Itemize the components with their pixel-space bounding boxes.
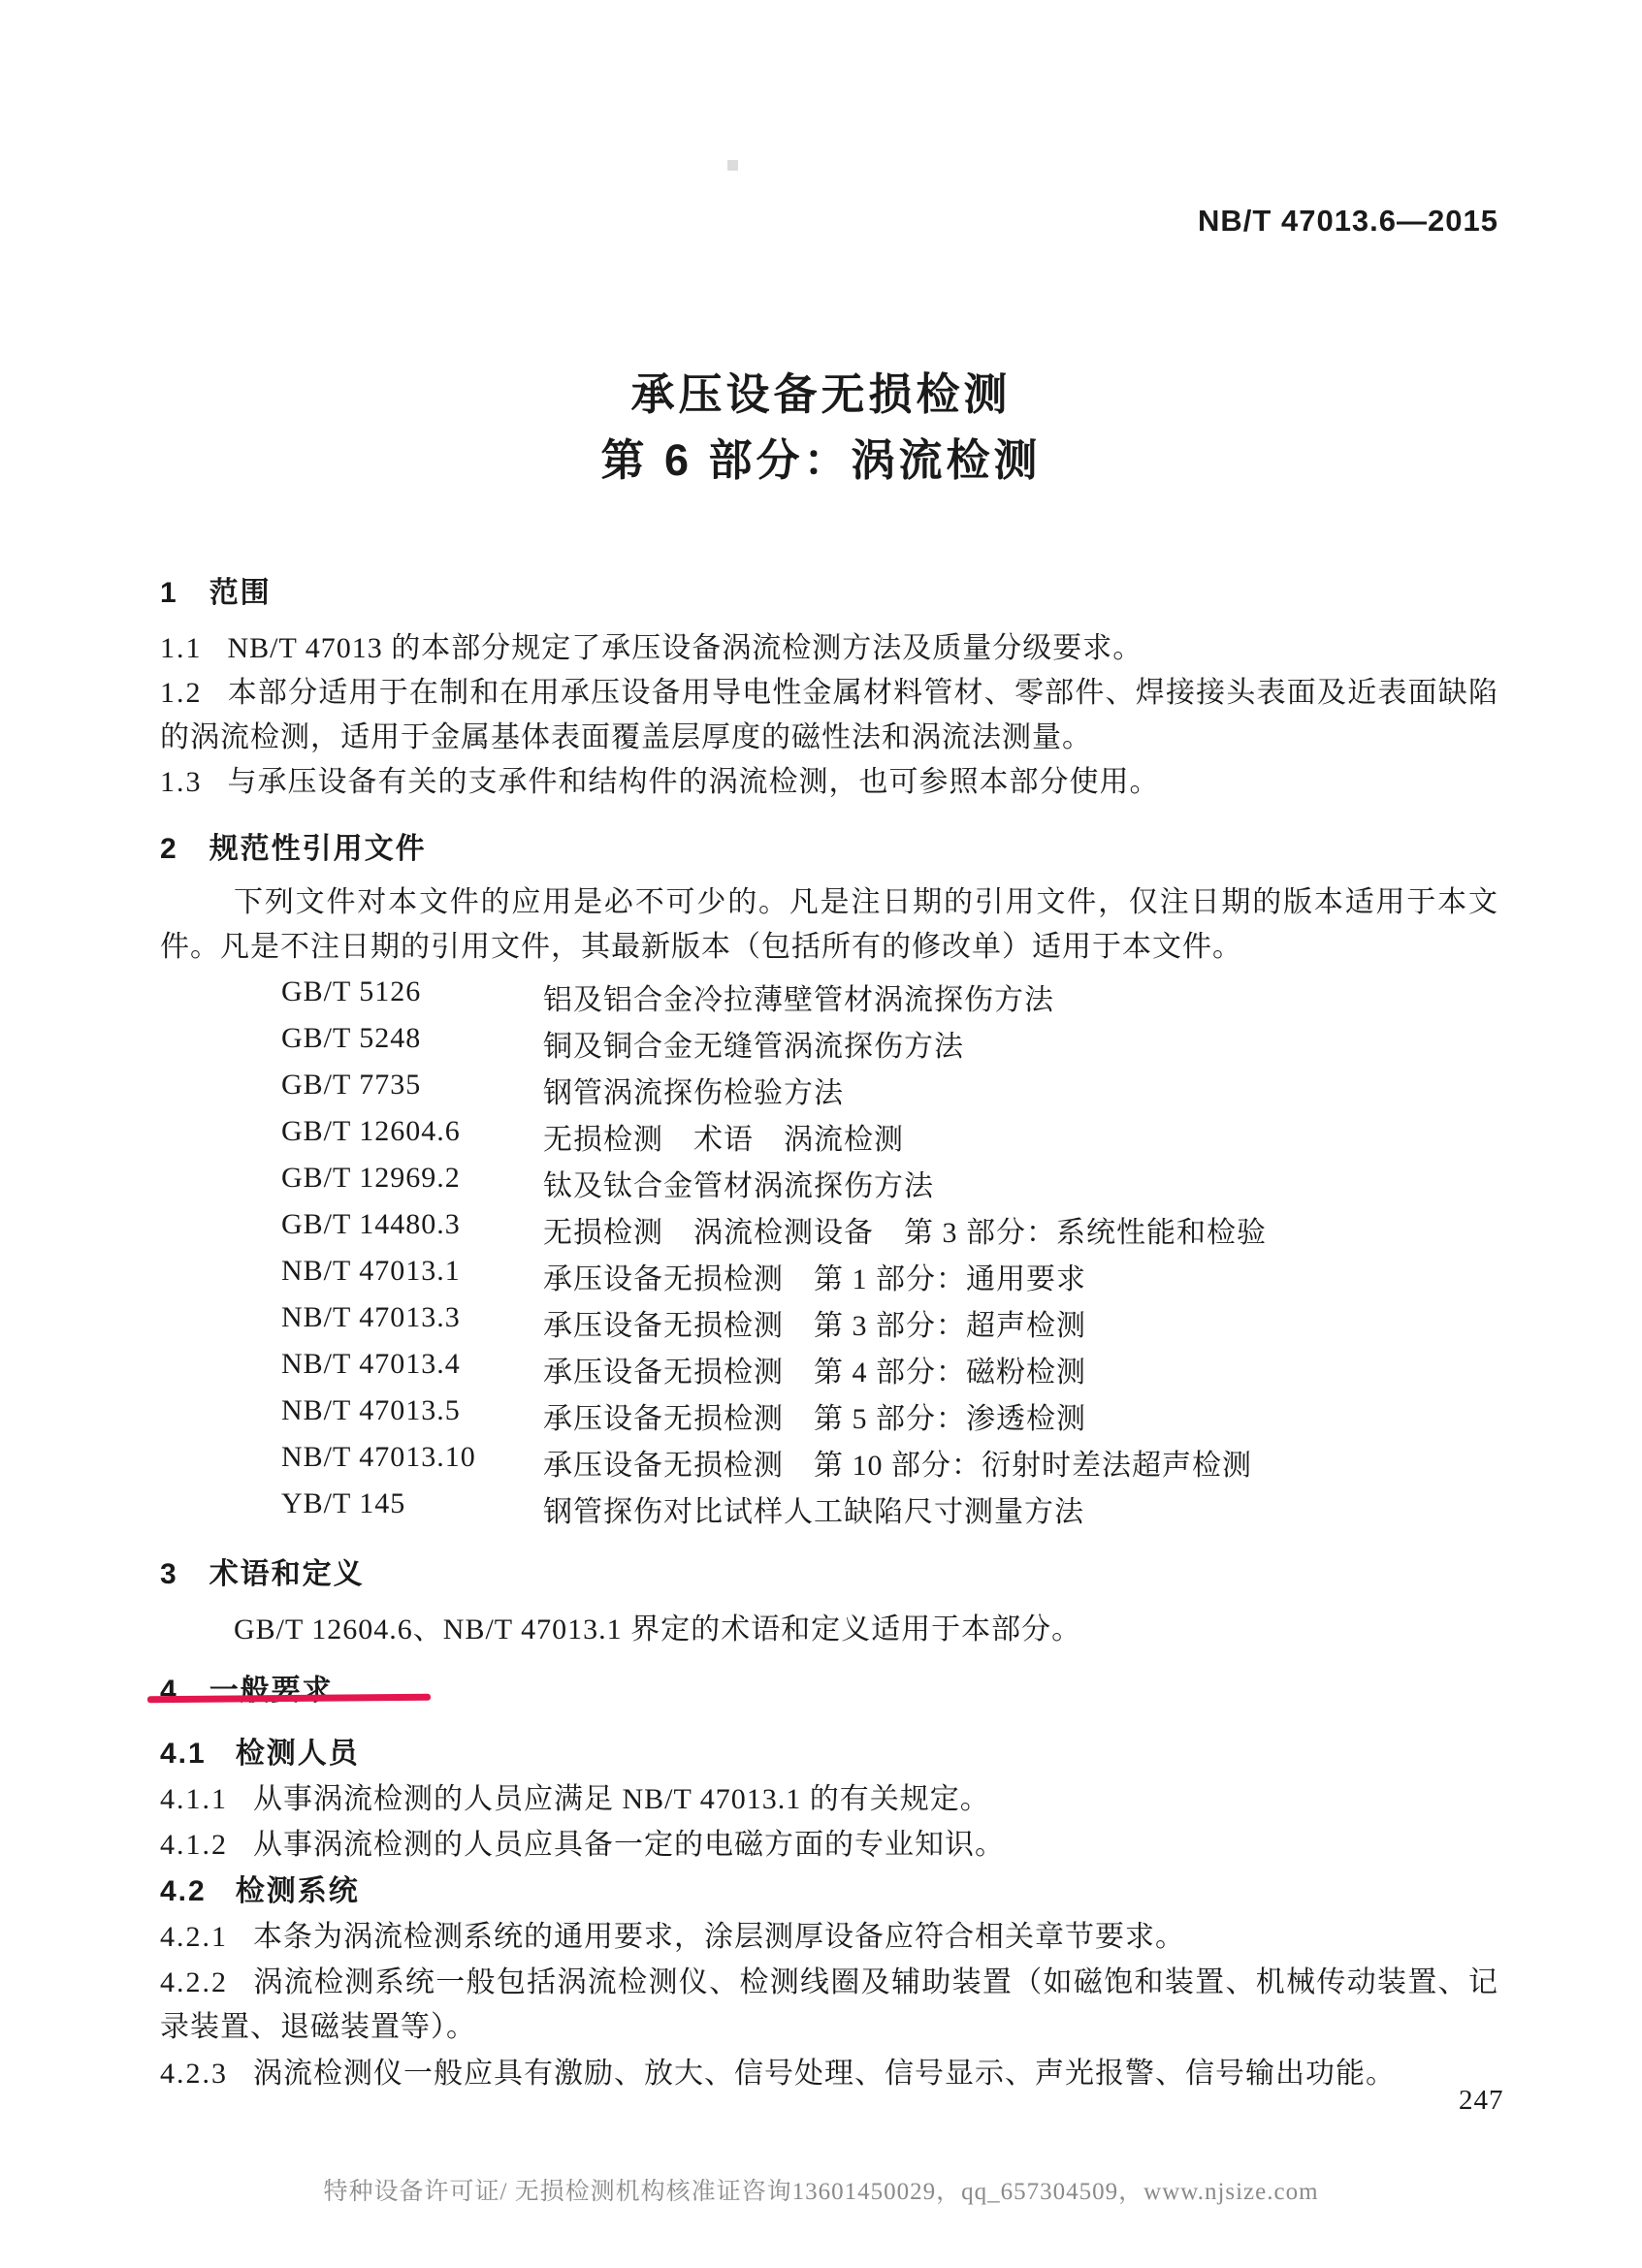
reference-item: NB/T 47013.5承压设备无损检测 第 5 部分：渗透检测 xyxy=(281,1394,1503,1441)
scan-artifact-square xyxy=(727,160,738,171)
clause-4-2-3: 4.2.3涡流检测仪一般应具有激励、放大、信号处理、信号显示、声光报警、信号输出… xyxy=(160,2052,1498,2096)
reference-title: 承压设备无损检测 第 4 部分：磁粉检测 xyxy=(543,1348,1503,1390)
reference-title: 承压设备无损检测 第 1 部分：通用要求 xyxy=(543,1255,1503,1297)
clause-4-1-2: 4.1.2从事涡流检测的人员应具备一定的电磁方面的专业知识。 xyxy=(160,1823,1498,1868)
document-title-line1: 承压设备无损检测 xyxy=(0,359,1642,422)
reference-title: 铝及铝合金冷拉薄壁管材涡流探伤方法 xyxy=(543,975,1503,1018)
reference-item: GB/T 7735钢管涡流探伤检验方法 xyxy=(281,1069,1503,1115)
clause-4-2-heading: 4.2检测系统 xyxy=(160,1869,1498,1914)
clause-1-3-text: 与承压设备有关的支承件和结构件的涡流检测，也可参照本部分使用。 xyxy=(228,766,1160,798)
reference-code: NB/T 47013.1 xyxy=(281,1255,543,1288)
clause-1-1-text: NB/T 47013 的本部分规定了承压设备涡流检测方法及质量分级要求。 xyxy=(228,632,1143,664)
clause-4-2-3-text: 涡流检测仪一般应具有激励、放大、信号处理、信号显示、声光报警、信号输出功能。 xyxy=(253,2058,1396,2090)
reference-item: GB/T 5248铜及铜合金无缝管涡流探伤方法 xyxy=(281,1022,1503,1069)
red-marker-underline xyxy=(147,1694,431,1704)
reference-item: YB/T 145钢管探伤对比试样人工缺陷尺寸测量方法 xyxy=(281,1487,1503,1534)
clause-1-1: 1.1NB/T 47013 的本部分规定了承压设备涡流检测方法及质量分级要求。 xyxy=(160,626,1498,671)
terms-body: GB/T 12604.6、NB/T 47013.1 界定的术语和定义适用于本部分… xyxy=(160,1608,1498,1652)
reference-title: 钢管探伤对比试样人工缺陷尺寸测量方法 xyxy=(543,1487,1503,1530)
clause-4-1-heading: 4.1检测人员 xyxy=(160,1732,1498,1776)
reference-code: NB/T 47013.10 xyxy=(281,1441,543,1474)
standard-code: NB/T 47013.6—2015 xyxy=(1198,204,1498,239)
reference-title: 钛及钛合金管材涡流探伤方法 xyxy=(543,1162,1503,1204)
clause-4-2-1: 4.2.1本条为涡流检测系统的通用要求，涂层测厚设备应符合相关章节要求。 xyxy=(160,1915,1498,1960)
clause-4-1-number: 4.1 xyxy=(160,1738,207,1770)
section-3-title: 术语和定义 xyxy=(209,1558,365,1590)
clause-4-2-number: 4.2 xyxy=(160,1875,207,1907)
section-1-title: 范围 xyxy=(209,577,272,609)
reference-code: GB/T 5248 xyxy=(281,1022,543,1055)
document-title-line2: 第 6 部分：涡流检测 xyxy=(0,425,1642,488)
clause-1-2: 1.2本部分适用于在制和在用承压设备用导电性金属材料管材、零部件、焊接接头表面及… xyxy=(160,671,1498,760)
reference-title: 承压设备无损检测 第 3 部分：超声检测 xyxy=(543,1301,1503,1344)
footer-watermark: 特种设备许可证/ 无损检测机构核准证咨询13601450029，qq_65730… xyxy=(0,2172,1642,2207)
reference-code: NB/T 47013.4 xyxy=(281,1348,543,1381)
references-intro: 下列文件对本文件的应用是必不可少的。凡是注日期的引用文件，仅注日期的版本适用于本… xyxy=(160,880,1498,970)
section-3-number: 3 xyxy=(160,1558,177,1590)
reference-item: GB/T 5126铝及铝合金冷拉薄壁管材涡流探伤方法 xyxy=(281,975,1503,1022)
reference-item: NB/T 47013.3承压设备无损检测 第 3 部分：超声检测 xyxy=(281,1301,1503,1348)
clause-4-2-1-number: 4.2.1 xyxy=(160,1921,228,1953)
section-3-heading: 3术语和定义 xyxy=(160,1549,365,1592)
reference-title: 承压设备无损检测 第 10 部分：衍射时差法超声检测 xyxy=(543,1441,1503,1484)
clause-4-2-2-text: 涡流检测系统一般包括涡流检测仪、检测线圈及辅助装置（如磁饱和装置、机械传动装置、… xyxy=(160,1966,1498,2043)
reference-item: GB/T 12604.6无损检测 术语 涡流检测 xyxy=(281,1115,1503,1162)
reference-item: NB/T 47013.4承压设备无损检测 第 4 部分：磁粉检测 xyxy=(281,1348,1503,1394)
references-list: GB/T 5126铝及铝合金冷拉薄壁管材涡流探伤方法 GB/T 5248铜及铜合… xyxy=(281,975,1503,1534)
reference-item: NB/T 47013.10承压设备无损检测 第 10 部分：衍射时差法超声检测 xyxy=(281,1441,1503,1487)
clause-4-1-1: 4.1.1从事涡流检测的人员应满足 NB/T 47013.1 的有关规定。 xyxy=(160,1777,1498,1822)
reference-code: YB/T 145 xyxy=(281,1487,543,1520)
reference-code: NB/T 47013.3 xyxy=(281,1301,543,1334)
clause-1-3-number: 1.3 xyxy=(160,766,203,798)
reference-code: NB/T 47013.5 xyxy=(281,1394,543,1427)
clause-4-2-2: 4.2.2涡流检测系统一般包括涡流检测仪、检测线圈及辅助装置（如磁饱和装置、机械… xyxy=(160,1961,1498,2050)
section-2-title: 规范性引用文件 xyxy=(209,833,427,865)
section-1-number: 1 xyxy=(160,577,177,609)
reference-item: NB/T 47013.1承压设备无损检测 第 1 部分：通用要求 xyxy=(281,1255,1503,1301)
section-2-heading: 2规范性引用文件 xyxy=(160,824,427,867)
clause-4-2-3-number: 4.2.3 xyxy=(160,2058,228,2090)
section-2-number: 2 xyxy=(160,833,177,865)
clause-4-1-2-text: 从事涡流检测的人员应具备一定的电磁方面的专业知识。 xyxy=(253,1829,1005,1861)
reference-code: GB/T 12604.6 xyxy=(281,1115,543,1148)
reference-title: 承压设备无损检测 第 5 部分：渗透检测 xyxy=(543,1394,1503,1437)
section-1-heading: 1范围 xyxy=(160,568,272,611)
reference-title: 无损检测 涡流检测设备 第 3 部分：系统性能和检验 xyxy=(543,1208,1503,1251)
reference-code: GB/T 12969.2 xyxy=(281,1162,543,1195)
reference-title: 钢管涡流探伤检验方法 xyxy=(543,1069,1503,1111)
clause-1-2-number: 1.2 xyxy=(160,677,203,709)
reference-item: GB/T 14480.3无损检测 涡流检测设备 第 3 部分：系统性能和检验 xyxy=(281,1208,1503,1255)
clause-1-3: 1.3与承压设备有关的支承件和结构件的涡流检测，也可参照本部分使用。 xyxy=(160,760,1498,805)
clause-4-1-1-text: 从事涡流检测的人员应满足 NB/T 47013.1 的有关规定。 xyxy=(253,1783,990,1815)
reference-code: GB/T 5126 xyxy=(281,975,543,1008)
reference-item: GB/T 12969.2钛及钛合金管材涡流探伤方法 xyxy=(281,1162,1503,1208)
reference-code: GB/T 7735 xyxy=(281,1069,543,1102)
reference-title: 无损检测 术语 涡流检测 xyxy=(543,1115,1503,1158)
clause-4-2-1-text: 本条为涡流检测系统的通用要求，涂层测厚设备应符合相关章节要求。 xyxy=(253,1921,1185,1953)
document-page: NB/T 47013.6—2015 承压设备无损检测 第 6 部分：涡流检测 1… xyxy=(0,0,1642,2268)
clause-4-2-2-number: 4.2.2 xyxy=(160,1966,228,1998)
page-number: 247 xyxy=(1459,2085,1504,2117)
clause-1-1-number: 1.1 xyxy=(160,632,203,664)
clause-4-1-2-number: 4.1.2 xyxy=(160,1829,228,1861)
clause-4-1-1-number: 4.1.1 xyxy=(160,1783,228,1815)
clause-4-1-title: 检测人员 xyxy=(236,1738,360,1770)
reference-title: 铜及铜合金无缝管涡流探伤方法 xyxy=(543,1022,1503,1065)
clause-4-2-title: 检测系统 xyxy=(236,1875,360,1907)
reference-code: GB/T 14480.3 xyxy=(281,1208,543,1241)
clause-1-2-text: 本部分适用于在制和在用承压设备用导电性金属材料管材、零部件、焊接接头表面及近表面… xyxy=(160,677,1498,753)
